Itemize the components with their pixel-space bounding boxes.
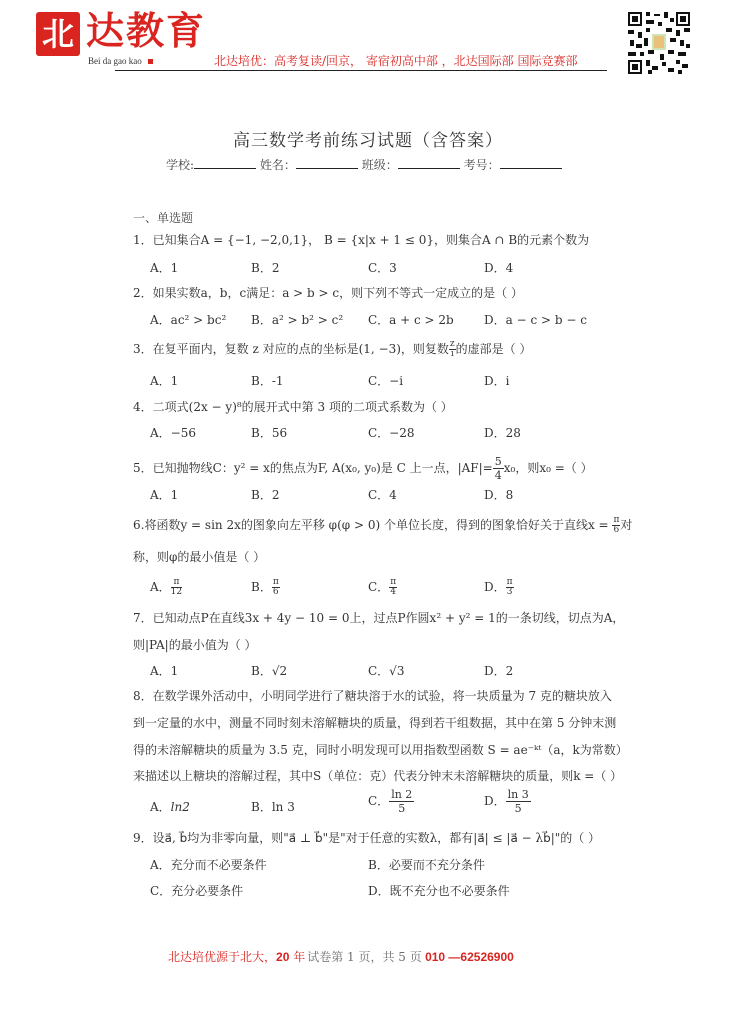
question-number: 2． xyxy=(133,286,153,300)
q1-option-b[interactable]: B．2 xyxy=(251,259,279,276)
question-stem-end: x₀，则x₀ =（ ） xyxy=(504,461,593,475)
question-3: 3．在复平面内，复数 z 对应的点的坐标是(1, −3)，则复数zi的虚部是（ … xyxy=(133,340,532,359)
q2-option-d[interactable]: D．a − c > b − c xyxy=(484,311,587,328)
q2-option-a[interactable]: A．ac² > bc² xyxy=(150,311,226,328)
q4-option-a[interactable]: A．−56 xyxy=(150,424,196,441)
q9-option-d[interactable]: D．既不充分也不必要条件 xyxy=(368,882,510,899)
q5-option-c[interactable]: C．4 xyxy=(368,486,397,503)
option-label: D． xyxy=(484,794,506,808)
denominator: i xyxy=(449,350,456,359)
footer-text: 北达培优源于北大， xyxy=(168,950,276,964)
denominator: 4 xyxy=(495,469,502,482)
option-label: A． xyxy=(150,800,171,814)
exam-number-label: 考号： xyxy=(464,158,500,172)
numerator: ln 2 xyxy=(389,788,414,802)
denominator: 6 xyxy=(272,588,280,597)
question-number: 6. xyxy=(133,518,144,532)
q5-option-b[interactable]: B．2 xyxy=(251,486,279,503)
section-title: 一、单选题 xyxy=(133,209,193,226)
q1-option-a[interactable]: A．1 xyxy=(150,259,178,276)
q6-option-a[interactable]: A．π12 xyxy=(150,578,182,597)
q2-option-c[interactable]: C．a + c > 2b xyxy=(368,311,454,328)
q6-option-d[interactable]: D．π3 xyxy=(484,578,514,597)
q3-option-d[interactable]: D．i xyxy=(484,372,509,389)
question-8-line-2: 到一定量的水中，测量不同时刻未溶解糖块的质量，得到若干组数据，其中在第 5 分钟… xyxy=(133,714,616,731)
logo-mark: 北 xyxy=(36,12,80,56)
question-6-line-2: 称，则φ的最小值是（ ） xyxy=(133,548,265,565)
q5-option-a[interactable]: A．1 xyxy=(150,486,178,503)
name-label: 姓名： xyxy=(260,158,296,172)
denominator: 4 xyxy=(389,588,397,597)
page-title: 高三数学考前练习试题（含答案） xyxy=(0,126,736,151)
q7-option-d[interactable]: D．2 xyxy=(484,662,513,679)
q4-option-c[interactable]: C．−28 xyxy=(368,424,415,441)
option-label: C． xyxy=(368,794,389,808)
fraction: π3 xyxy=(506,578,514,597)
question-number: 4． xyxy=(133,400,153,414)
q9-option-b[interactable]: B．必要而不充分条件 xyxy=(368,856,485,873)
q5-option-d[interactable]: D．8 xyxy=(484,486,513,503)
option-label: B． xyxy=(251,580,272,594)
q2-option-b[interactable]: B．a² > b² > c² xyxy=(251,311,343,328)
footer-phone: 010 —62526900 xyxy=(422,950,514,964)
question-stem: 已知集合A = {−1, −2,0,1}， B = {x|x + 1 ≤ 0}，… xyxy=(153,233,590,247)
question-1: 1．已知集合A = {−1, −2,0,1}， B = {x|x + 1 ≤ 0… xyxy=(133,231,589,248)
school-field[interactable] xyxy=(194,156,256,169)
fraction: zi xyxy=(449,340,456,359)
denominator: 5 xyxy=(515,802,522,815)
q8-option-a[interactable]: A．ln2 xyxy=(150,798,190,815)
option-text: ln 3 xyxy=(272,800,295,814)
header-slogan: 北达培优：高考复读/回京， 寄宿初高中部 ，北达国际部 国际竞赛部 xyxy=(214,52,578,69)
logo-subtitle: Bei da gao kao xyxy=(88,56,153,66)
school-label: 学校: xyxy=(166,158,194,172)
question-7: 7．已知动点P在直线3x + 4y − 10 = 0上，过点P作圆x² + y²… xyxy=(133,609,624,626)
q4-option-d[interactable]: D．28 xyxy=(484,424,521,441)
option-label: D． xyxy=(484,580,506,594)
question-stem: 在数学课外活动中，小明同学进行了糖块溶于水的试验，将一块质量为 7 克的糖块放入 xyxy=(153,689,612,703)
fraction: π12 xyxy=(171,578,182,597)
question-stem: 如果实数a，b，c满足：a > b > c，则下列不等式一定成立的是（ ） xyxy=(153,286,523,300)
question-number: 8． xyxy=(133,689,153,703)
question-number: 9． xyxy=(133,831,153,845)
q4-option-b[interactable]: B．56 xyxy=(251,424,287,441)
footer-year-suffix: 年 xyxy=(289,950,305,964)
class-field[interactable] xyxy=(398,156,460,169)
logo-subtitle-text: Bei da gao kao xyxy=(88,56,142,66)
question-number: 5． xyxy=(133,461,153,475)
question-4: 4．二项式(2x − y)⁸的展开式中第 3 项的二项式系数为（ ） xyxy=(133,398,453,415)
q8-option-b[interactable]: B．ln 3 xyxy=(251,798,295,815)
q7-option-b[interactable]: B．√2 xyxy=(251,662,287,679)
question-stem: 已知抛物线C：y² = x的焦点为F, A(x₀, y₀)是 C 上一点，|AF… xyxy=(153,461,493,475)
exam-number-field[interactable] xyxy=(500,156,562,169)
logo-dot-icon xyxy=(148,59,153,64)
question-5: 5．已知抛物线C：y² = x的焦点为F, A(x₀, y₀)是 C 上一点，|… xyxy=(133,455,593,482)
name-field[interactable] xyxy=(296,156,358,169)
numerator: 5 xyxy=(493,455,504,469)
numerator: ln 3 xyxy=(506,788,531,802)
denominator: 3 xyxy=(506,588,514,597)
q6-option-b[interactable]: B．π6 xyxy=(251,578,280,597)
student-info-row: 学校: 姓名： 班级： 考号： xyxy=(166,156,562,173)
question-stem: 将函数y = sin 2x的图象向左平移 φ(φ > 0) 个单位长度，得到的图… xyxy=(144,518,612,532)
option-label: A． xyxy=(150,580,171,594)
question-number: 7． xyxy=(133,611,153,625)
q1-option-d[interactable]: D．4 xyxy=(484,259,513,276)
qr-code-icon xyxy=(626,10,692,76)
q8-option-c[interactable]: C．ln 25 xyxy=(368,788,414,815)
question-number: 1． xyxy=(133,233,153,247)
question-stem: 已知动点P在直线3x + 4y − 10 = 0上，过点P作圆x² + y² =… xyxy=(153,611,625,625)
option-label: C． xyxy=(368,580,389,594)
question-6: 6.将函数y = sin 2x的图象向左平移 φ(φ > 0) 个单位长度，得到… xyxy=(133,516,632,535)
question-8-line-3: 得的未溶解糖块的质量为 3.5 克，同时小明发现可以用指数型函数 S = ae⁻… xyxy=(133,741,628,758)
question-stem: 二项式(2x − y)⁸的展开式中第 3 项的二项式系数为（ ） xyxy=(153,400,453,414)
q3-option-a[interactable]: A．1 xyxy=(150,372,178,389)
header-divider xyxy=(115,70,607,71)
question-stem-end: 的虚部是（ ） xyxy=(456,342,532,356)
logo-text: 达教育 xyxy=(86,8,206,54)
q1-option-c[interactable]: C．3 xyxy=(368,259,397,276)
q3-option-b[interactable]: B．-1 xyxy=(251,372,284,389)
fraction: ln 25 xyxy=(389,788,414,815)
footer-years: 20 xyxy=(276,950,289,964)
question-2: 2．如果实数a，b，c满足：a > b > c，则下列不等式一定成立的是（ ） xyxy=(133,284,523,301)
option-label: B． xyxy=(251,800,272,814)
q7-option-c[interactable]: C．√3 xyxy=(368,662,404,679)
question-stem-end: 对 xyxy=(620,518,632,532)
option-text: ln2 xyxy=(171,800,190,814)
fraction: 54 xyxy=(493,455,504,482)
question-7-line-2: 则|PA|的最小值为（ ） xyxy=(133,636,257,653)
question-stem: 在复平面内，复数 z 对应的点的坐标是(1, −3)，则复数 xyxy=(153,342,449,356)
question-stem: 设a⃗, b⃗均为非零向量，则"a⃗ ⊥ b⃗"是"对于任意的实数λ，都有|a⃗… xyxy=(153,831,600,845)
question-number: 3． xyxy=(133,342,153,356)
q9-option-a[interactable]: A．充分而不必要条件 xyxy=(150,856,267,873)
q7-option-a[interactable]: A．1 xyxy=(150,662,178,679)
denominator: 12 xyxy=(171,588,182,597)
fraction: π6 xyxy=(272,578,280,597)
footer: 北达培优源于北大，20 年试卷第 1 页，共 5 页 010 —62526900 xyxy=(168,948,514,965)
q6-option-c[interactable]: C．π4 xyxy=(368,578,397,597)
question-8-line-4: 来描述以上糖块的溶解过程，其中S（单位：克）代表分钟末未溶解糖块的质量，则k =… xyxy=(133,767,622,784)
fraction: π4 xyxy=(389,578,397,597)
class-label: 班级： xyxy=(362,158,398,172)
q8-option-d[interactable]: D．ln 35 xyxy=(484,788,531,815)
denominator: 5 xyxy=(398,802,405,815)
page-number: 试卷第 1 页，共 5 页 xyxy=(307,950,422,964)
q9-option-c[interactable]: C．充分必要条件 xyxy=(150,882,243,899)
q3-option-c[interactable]: C．−i xyxy=(368,372,403,389)
fraction: ln 35 xyxy=(506,788,531,815)
question-8: 8．在数学课外活动中，小明同学进行了糖块溶于水的试验，将一块质量为 7 克的糖块… xyxy=(133,687,612,704)
question-9: 9．设a⃗, b⃗均为非零向量，则"a⃗ ⊥ b⃗"是"对于任意的实数λ，都有|… xyxy=(133,829,600,846)
